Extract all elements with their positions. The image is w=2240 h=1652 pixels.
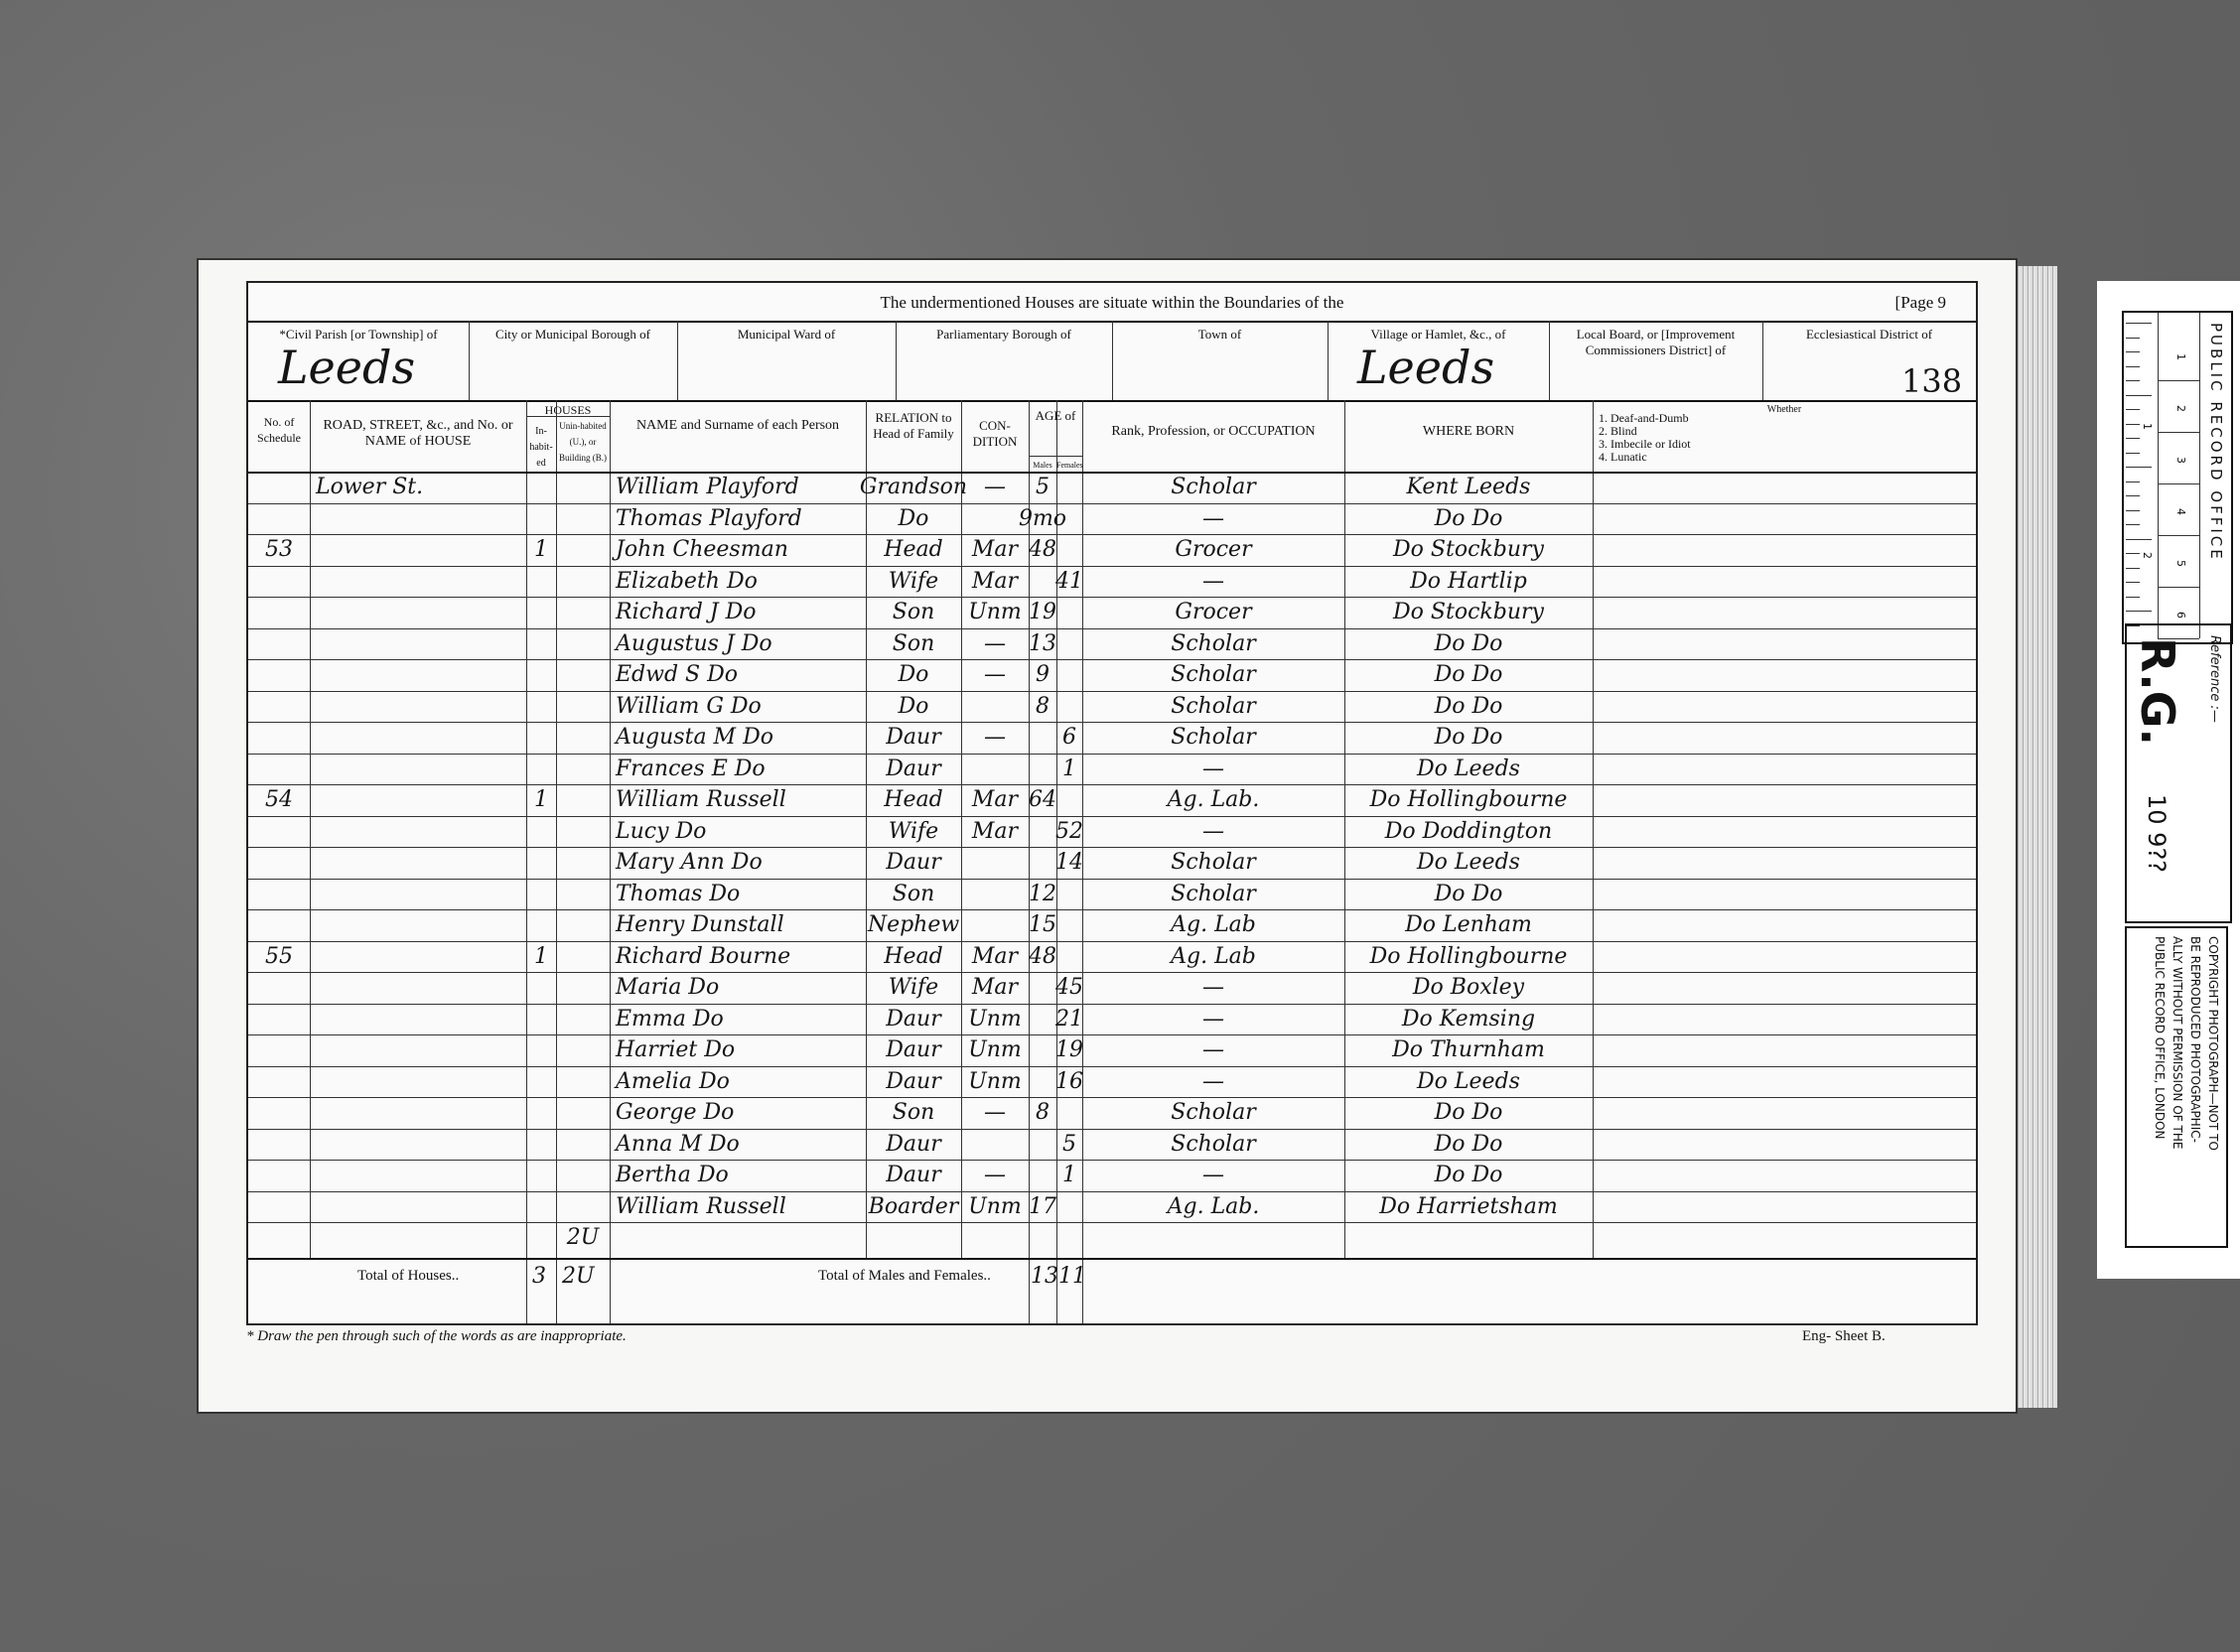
table-row: William G DoDo8ScholarDo Do	[248, 691, 1976, 723]
where-born: Do Do	[1344, 659, 1593, 691]
age-male: 19	[1029, 597, 1056, 628]
occupation: Scholar	[1082, 1129, 1344, 1161]
relation: Do	[866, 659, 961, 691]
condition: Mar	[961, 566, 1029, 598]
schedule-number: 54	[248, 784, 310, 816]
col-occupation: Rank, Profession, or OCCUPATION	[1082, 424, 1344, 440]
total-uninhabited: 2U	[562, 1264, 595, 1289]
occupation: —	[1082, 1034, 1344, 1066]
total-inhabited: 3	[532, 1264, 546, 1289]
copyright-line: BE REPRODUCED PHOTOGRAPHIC-	[2186, 936, 2204, 1151]
scale-inch-label: 1	[2141, 423, 2154, 430]
table-row: Mary Ann DoDaur14ScholarDo Leeds	[248, 847, 1976, 879]
person-name: Thomas Playford	[610, 503, 872, 535]
age-female: 16	[1056, 1066, 1082, 1098]
header-field-value: Leeds	[1357, 341, 1494, 394]
person-name: William Russell	[610, 1191, 872, 1223]
piece-number: 10 9??	[2143, 794, 2170, 873]
occupation: —	[1082, 566, 1344, 598]
person-name: Thomas Do	[610, 879, 872, 910]
inhabited-count: 1	[526, 784, 556, 816]
condition: —	[961, 722, 1029, 754]
relation: Nephew	[866, 909, 961, 941]
occupation: Scholar	[1082, 722, 1344, 754]
total-females: 11	[1058, 1264, 1086, 1289]
where-born: Do Do	[1344, 1129, 1593, 1161]
age-female: 14	[1056, 847, 1082, 879]
condition: Unm	[961, 1034, 1029, 1066]
where-born: Do Do	[1344, 503, 1593, 535]
where-born: Kent Leeds	[1344, 472, 1593, 503]
where-born: Do Do	[1344, 722, 1593, 754]
age-male: 15	[1029, 909, 1056, 941]
condition: Mar	[961, 941, 1029, 973]
table-row: Augusta M DoDaur—6ScholarDo Do	[248, 722, 1976, 754]
uninhabited-count: 2U	[556, 1222, 610, 1254]
where-born: Do Do	[1344, 1097, 1593, 1129]
occupation: Scholar	[1082, 1097, 1344, 1129]
age-male: 8	[1029, 691, 1056, 723]
where-born: Do Do	[1344, 691, 1593, 723]
where-born: Do Lenham	[1344, 909, 1593, 941]
header-field-label: Town of	[1116, 327, 1324, 343]
scale-cm-label: 6	[2174, 612, 2187, 619]
footnote: * Draw the pen through such of the words…	[246, 1328, 627, 1345]
relation: Boarder	[866, 1191, 961, 1223]
table-row: 541William RussellHeadMar64Ag. Lab.Do Ho…	[248, 784, 1976, 816]
table-row: Richard J DoSonUnm19GrocerDo Stockbury	[248, 597, 1976, 628]
col-where-born: WHERE BORN	[1344, 424, 1593, 440]
where-born: Do Harrietsham	[1344, 1191, 1593, 1223]
relation: Head	[866, 784, 961, 816]
age-male: 9	[1029, 659, 1056, 691]
relation: Daur	[866, 722, 961, 754]
table-row: 531John CheesmanHeadMar48GrocerDo Stockb…	[248, 534, 1976, 566]
occupation: Grocer	[1082, 534, 1344, 566]
table-row: 551Richard BourneHeadMar48Ag. LabDo Holl…	[248, 941, 1976, 973]
col-relation: RELATION to Head of Family	[866, 410, 961, 442]
where-born: Do Leeds	[1344, 754, 1593, 785]
boundaries-title: The undermentioned Houses are situate wi…	[248, 293, 1976, 313]
person-name: William Russell	[610, 784, 872, 816]
table-row: George DoSon—8ScholarDo Do	[248, 1097, 1976, 1129]
condition: Unm	[961, 1191, 1029, 1223]
condition: —	[961, 1097, 1029, 1129]
person-name: Edwd S Do	[610, 659, 872, 691]
inhabited-count: 1	[526, 941, 556, 973]
table-row: Amelia DoDaurUnm16—Do Leeds	[248, 1066, 1976, 1098]
header-field-label: Ecclesiastical District of	[1766, 327, 1972, 343]
table-row: Harriet DoDaurUnm19—Do Thurnham	[248, 1034, 1976, 1066]
condition: Unm	[961, 597, 1029, 628]
col-road: ROAD, STREET, &c., and No. or NAME of HO…	[310, 418, 526, 450]
sheet-label: Eng- Sheet B.	[1802, 1328, 1886, 1345]
col-schedule: No. of Schedule	[248, 414, 310, 446]
occupation: Scholar	[1082, 659, 1344, 691]
relation: Do	[866, 503, 961, 535]
col-name: NAME and Surname of each Person	[610, 418, 866, 434]
condition: —	[961, 628, 1029, 660]
where-born: Do Leeds	[1344, 847, 1593, 879]
relation: Daur	[866, 1066, 961, 1098]
person-name: John Cheesman	[610, 534, 872, 566]
relation: Wife	[866, 566, 961, 598]
person-name: Amelia Do	[610, 1066, 872, 1098]
age-female: 45	[1056, 972, 1082, 1004]
page-number: [Page 9	[1895, 293, 1946, 313]
road-name: Lower St.	[310, 472, 532, 503]
reference-label: Reference :—	[2207, 635, 2222, 723]
table-row: Augustus J DoSon—13ScholarDo Do	[248, 628, 1976, 660]
person-name: Maria Do	[610, 972, 872, 1004]
relation: Son	[866, 628, 961, 660]
occupation: Ag. Lab	[1082, 909, 1344, 941]
relation: Son	[866, 879, 961, 910]
header-field-label: Local Board, or [Improvement Commissione…	[1553, 327, 1758, 358]
age-female: 6	[1056, 722, 1082, 754]
age-female: 1	[1056, 754, 1082, 785]
person-name: Emma Do	[610, 1004, 872, 1035]
table-row: Edwd S DoDo—9ScholarDo Do	[248, 659, 1976, 691]
person-name: Henry Dunstall	[610, 909, 872, 941]
age-male: 13	[1029, 628, 1056, 660]
scale-cm-label: 4	[2174, 508, 2187, 515]
page-stack-edge	[2016, 266, 2057, 1408]
condition: Mar	[961, 534, 1029, 566]
header-field-label: City or Municipal Borough of	[473, 327, 673, 343]
scale-cm-label: 1	[2174, 353, 2187, 360]
relation: Head	[866, 534, 961, 566]
header-field-value: 138	[1901, 362, 1962, 400]
occupation: Scholar	[1082, 847, 1344, 879]
table-row: Lucy DoWifeMar52—Do Doddington	[248, 816, 1976, 848]
occupation: Scholar	[1082, 628, 1344, 660]
occupation: Ag. Lab.	[1082, 784, 1344, 816]
col-condition: CON-DITION	[961, 418, 1029, 450]
copyright-box: COPYRIGHT PHOTOGRAPH—NOT TOBE REPRODUCED…	[2125, 926, 2228, 1248]
age-female: 19	[1056, 1034, 1082, 1066]
relation: Daur	[866, 1129, 961, 1161]
whether-list: 1. Deaf-and-Dumb2. Blind3. Imbecile or I…	[1599, 412, 1691, 464]
where-born: Do Do	[1344, 879, 1593, 910]
scale-cm-label: 2	[2174, 405, 2187, 412]
person-name: William G Do	[610, 691, 872, 723]
occupation: —	[1082, 1066, 1344, 1098]
reference-card: PUBLIC RECORD OFFICE 12345612 Reference …	[2097, 281, 2240, 1279]
where-born: Do Hollingbourne	[1344, 941, 1593, 973]
copyright-line: COPYRIGHT PHOTOGRAPH—NOT TO	[2204, 936, 2222, 1151]
total-males: 13	[1031, 1264, 1058, 1289]
where-born: Do Do	[1344, 628, 1593, 660]
relation: Daur	[866, 1004, 961, 1035]
condition: Mar	[961, 972, 1029, 1004]
table-row: William RussellBoarderUnm17Ag. Lab.Do Ha…	[248, 1191, 1976, 1223]
relation: Son	[866, 597, 961, 628]
table-row: Elizabeth DoWifeMar41—Do Hartlip	[248, 566, 1976, 598]
person-name: Frances E Do	[610, 754, 872, 785]
schedule-number: 53	[248, 534, 310, 566]
condition: —	[961, 1160, 1029, 1191]
header-field-label: Municipal Ward of	[681, 327, 892, 343]
table-row: Anna M DoDaur5ScholarDo Do	[248, 1129, 1976, 1161]
person-name: Augusta M Do	[610, 722, 872, 754]
relation: Wife	[866, 816, 961, 848]
copyright-line: ALLY WITHOUT PERMISSION OF THE	[2169, 936, 2186, 1151]
where-born: Do Hartlip	[1344, 566, 1593, 598]
occupation: Scholar	[1082, 691, 1344, 723]
occupation: Scholar	[1082, 472, 1344, 503]
age-female: 1	[1056, 1160, 1082, 1191]
occupation: —	[1082, 972, 1344, 1004]
where-born: Do Do	[1344, 1160, 1593, 1191]
relation: Daur	[866, 1034, 961, 1066]
person-name: Richard Bourne	[610, 941, 872, 973]
age-male: 8	[1029, 1097, 1056, 1129]
table-row: Frances E DoDaur1—Do Leeds	[248, 754, 1976, 785]
condition: Mar	[961, 784, 1029, 816]
age-male: 48	[1029, 941, 1056, 973]
where-born: Do Thurnham	[1344, 1034, 1593, 1066]
age-male: 5	[1029, 472, 1056, 503]
relation: Son	[866, 1097, 961, 1129]
scale-inch-label: 2	[2141, 552, 2154, 559]
where-born: Do Stockbury	[1344, 597, 1593, 628]
total-houses-label: Total of Houses..	[357, 1268, 459, 1285]
table-row: Bertha DoDaur—1—Do Do	[248, 1160, 1976, 1191]
inhabited-count: 1	[526, 534, 556, 566]
person-name: Harriet Do	[610, 1034, 872, 1066]
occupation: Ag. Lab	[1082, 941, 1344, 973]
relation: Head	[866, 941, 961, 973]
header-field-label: Parliamentary Borough of	[900, 327, 1108, 343]
occupation: —	[1082, 816, 1344, 848]
reference-box: Reference :— R.G. 10 9??	[2125, 623, 2232, 923]
occupation: —	[1082, 754, 1344, 785]
age-female: 41	[1056, 566, 1082, 598]
occupation: —	[1082, 1160, 1344, 1191]
occupation: Scholar	[1082, 879, 1344, 910]
scale-ruler: PUBLIC RECORD OFFICE 12345612	[2122, 311, 2233, 644]
table-row: 2U	[248, 1222, 1976, 1254]
total-persons-label: Total of Males and Females..	[818, 1268, 991, 1285]
relation: Wife	[866, 972, 961, 1004]
person-name: Richard J Do	[610, 597, 872, 628]
condition: Unm	[961, 1004, 1029, 1035]
age-male: 12	[1029, 879, 1056, 910]
table-row: Maria DoWifeMar45—Do Boxley	[248, 972, 1976, 1004]
where-born: Do Leeds	[1344, 1066, 1593, 1098]
scale-cm-label: 3	[2174, 457, 2187, 464]
where-born: Do Doddington	[1344, 816, 1593, 848]
person-name: Lucy Do	[610, 816, 872, 848]
series-code: R.G.	[2131, 637, 2184, 746]
schedule-number: 55	[248, 941, 310, 973]
age-male: 48	[1029, 534, 1056, 566]
table-row: Thomas DoSon12ScholarDo Do	[248, 879, 1976, 910]
occupation: Grocer	[1082, 597, 1344, 628]
condition: Unm	[961, 1066, 1029, 1098]
occupation: —	[1082, 1004, 1344, 1035]
relation: Daur	[866, 754, 961, 785]
census-form: The undermentioned Houses are situate wi…	[246, 281, 1978, 1325]
table-row: Henry DunstallNephew15Ag. LabDo Lenham	[248, 909, 1976, 941]
condition: —	[961, 472, 1029, 503]
relation: Daur	[866, 1160, 961, 1191]
condition: —	[961, 659, 1029, 691]
table-row: Emma DoDaurUnm21—Do Kemsing	[248, 1004, 1976, 1035]
table-row: Lower St.William PlayfordGrandson—5Schol…	[248, 472, 1976, 503]
where-born: Do Stockbury	[1344, 534, 1593, 566]
age-female: 21	[1056, 1004, 1082, 1035]
occupation: —	[1082, 503, 1344, 535]
where-born: Do Kemsing	[1344, 1004, 1593, 1035]
person-name: Bertha Do	[610, 1160, 872, 1191]
col-inhabited: In-habit-ed	[526, 424, 556, 472]
relation: Daur	[866, 847, 961, 879]
where-born: Do Hollingbourne	[1344, 784, 1593, 816]
age-male: 64	[1029, 784, 1056, 816]
person-name: Anna M Do	[610, 1129, 872, 1161]
person-name: William Playford	[610, 472, 872, 503]
office-label: PUBLIC RECORD OFFICE	[2207, 323, 2225, 562]
copyright-line: PUBLIC RECORD OFFICE, LONDON	[2151, 936, 2169, 1151]
age-male: 9mo	[1029, 503, 1056, 535]
person-name: Mary Ann Do	[610, 847, 872, 879]
person-name: George Do	[610, 1097, 872, 1129]
age-male: 17	[1029, 1191, 1056, 1223]
age-female: 52	[1056, 816, 1082, 848]
table-row: Thomas PlayfordDo9mo—Do Do	[248, 503, 1976, 535]
where-born: Do Boxley	[1344, 972, 1593, 1004]
scale-cm-label: 5	[2174, 560, 2187, 567]
person-name: Elizabeth Do	[610, 566, 872, 598]
person-name: Augustus J Do	[610, 628, 872, 660]
col-age: AGE of	[1029, 408, 1082, 424]
occupation: Ag. Lab.	[1082, 1191, 1344, 1223]
age-female: 5	[1056, 1129, 1082, 1161]
condition: Mar	[961, 816, 1029, 848]
header-field-value: Leeds	[278, 341, 415, 394]
col-uninhabited: Unin-habited (U.), or Building (B.)	[556, 418, 610, 466]
relation: Do	[866, 691, 961, 723]
relation: Grandson	[866, 472, 961, 503]
